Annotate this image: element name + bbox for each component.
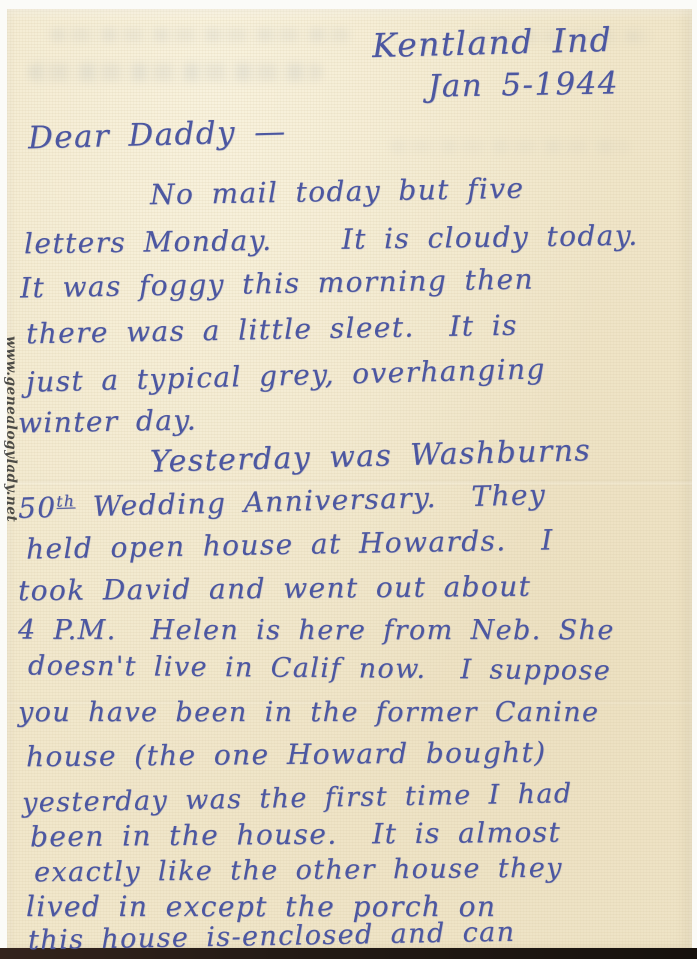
letter-line: 4 P.M. Helen is here from Neb. She [18,617,615,644]
letter-line: this house is-enclosed and can [28,919,516,955]
heading-date: Jan 5-1944 [428,68,619,102]
letter-line: No mail today but five [150,175,525,210]
letter-line: there was a little sleet. It is [26,312,518,349]
letter-line: you have been in the former Canine [18,699,599,726]
bleed-through-ghost [28,63,323,81]
letter-line: took David and went out about [18,573,531,605]
letter-line: exactly like the other house they [34,855,563,887]
letter-line: doesn't live in Calif now. I suppose [28,652,611,684]
anniversary-number: 50 [18,491,57,525]
letter-scan: www.genealogylady.net Kentland Ind Jan 5… [0,0,697,959]
letter-line: house (the one Howard bought) [26,739,547,772]
bleed-through-ghost [390,140,630,154]
bleed-through-ghost [50,28,350,42]
letter-line: letters Monday. It is cloudy today. [24,222,639,259]
letter-line: been in the house. It is almost [30,819,561,852]
letter-line: lived in except the porch on [26,893,496,921]
letter-line: winter day. [18,406,198,437]
heading-place: Kentland Ind [372,23,613,62]
anniversary-ordinal: th [56,492,75,510]
watermark-text: www.genealogylady.net [3,336,19,522]
salutation: Dear Daddy — [28,117,287,155]
